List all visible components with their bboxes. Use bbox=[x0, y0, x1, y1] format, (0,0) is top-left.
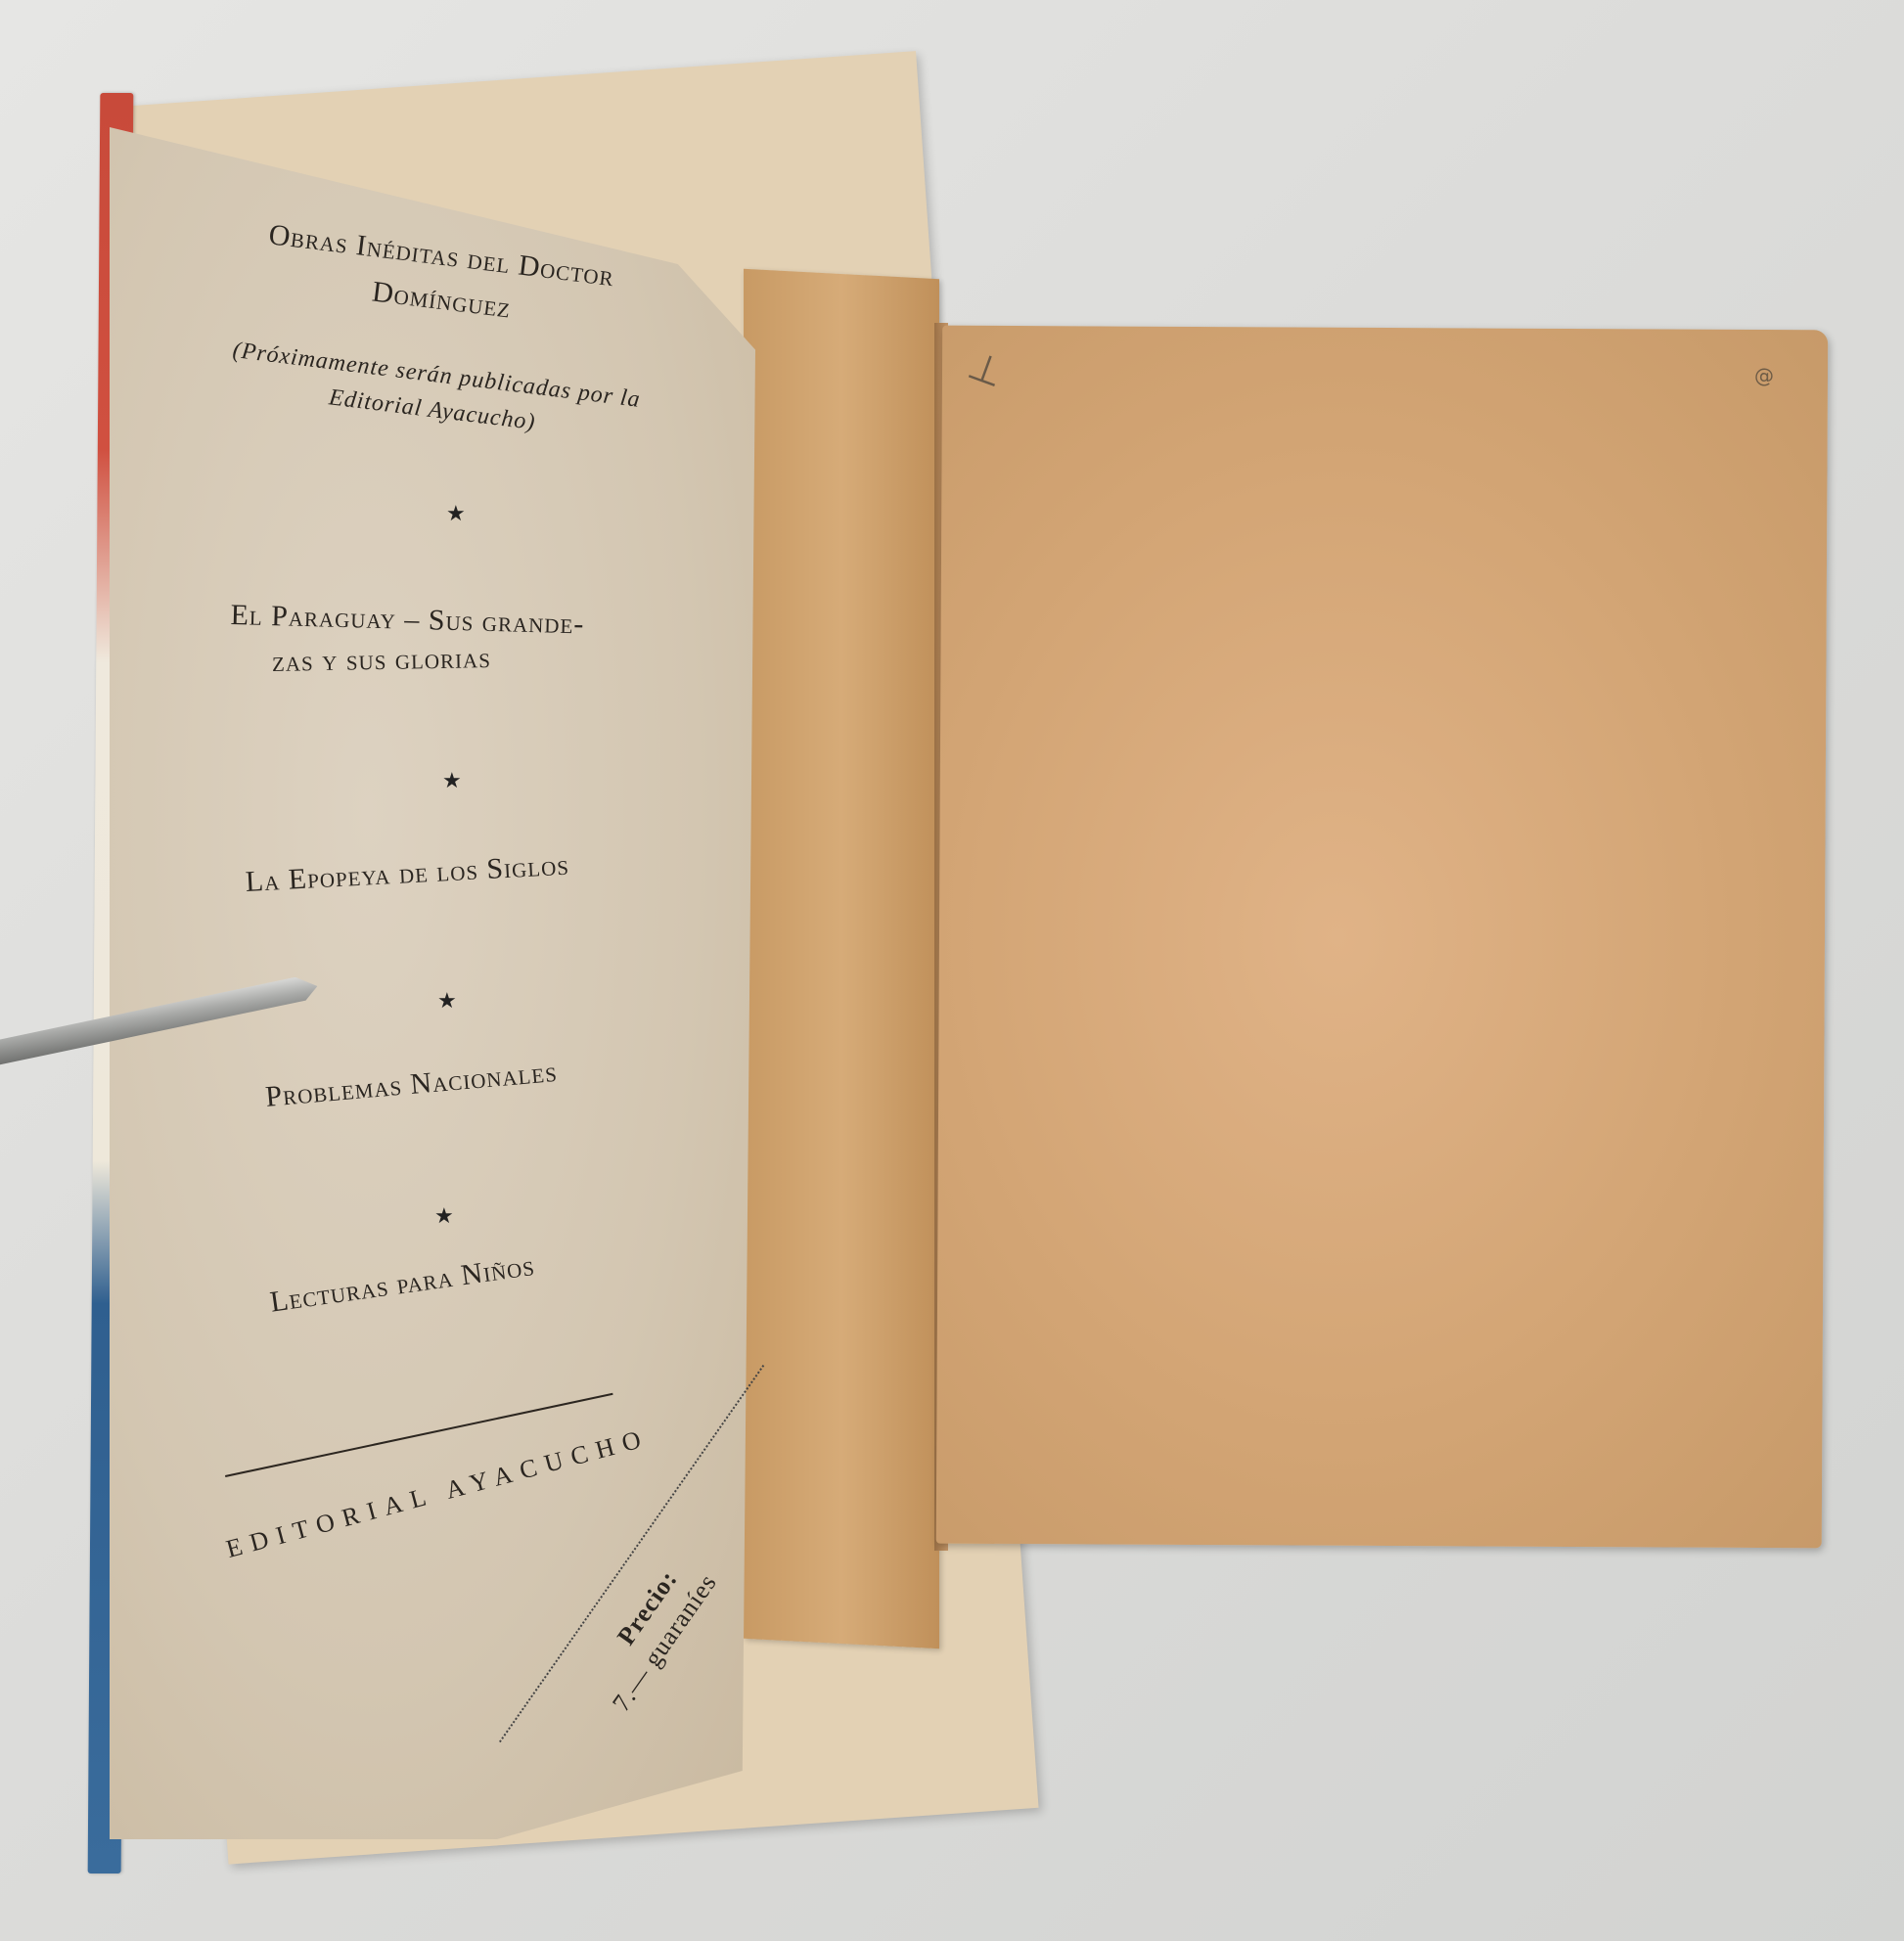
star-icon: ★ bbox=[434, 1203, 455, 1229]
right-blank-page bbox=[936, 326, 1829, 1549]
left-endpaper bbox=[744, 269, 939, 1648]
star-icon: ★ bbox=[446, 501, 467, 526]
star-icon: ★ bbox=[437, 988, 458, 1014]
corner-mark: @ bbox=[1754, 364, 1774, 387]
work-title-1-line2: zas y sus glorias bbox=[272, 642, 491, 679]
star-icon: ★ bbox=[442, 768, 463, 793]
